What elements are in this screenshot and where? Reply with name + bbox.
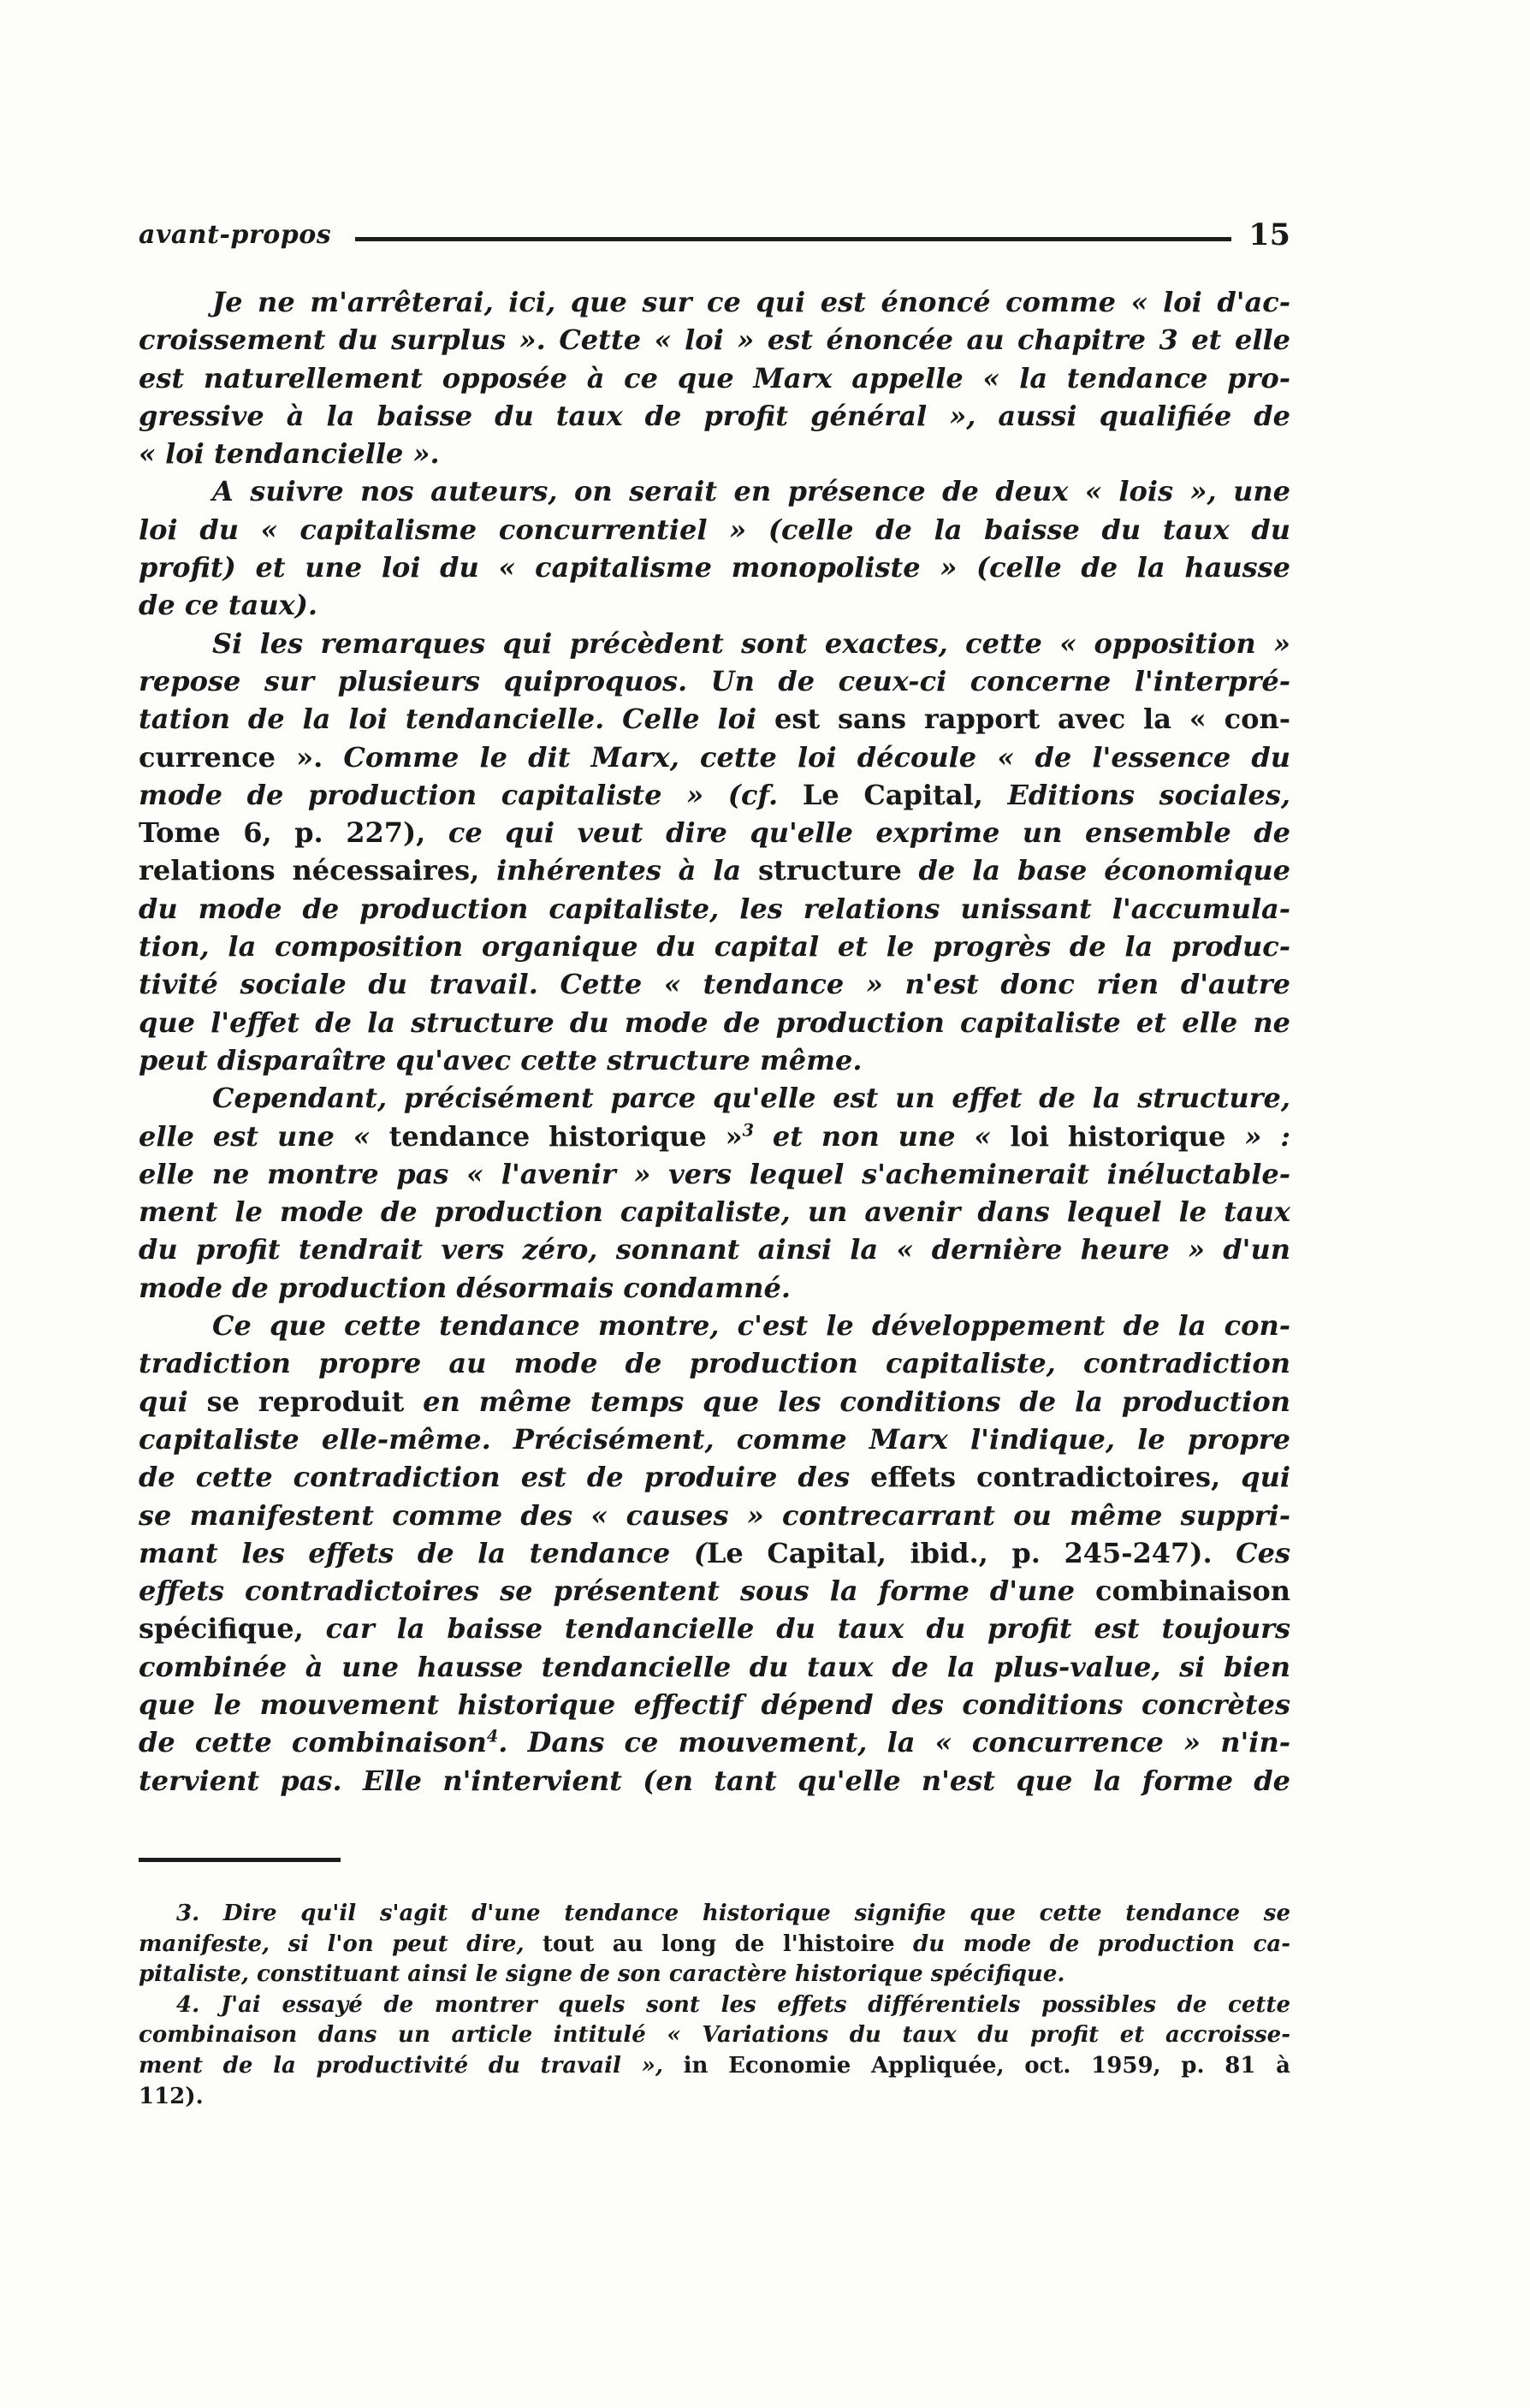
book-page: avant-propos 15 Je ne m'arrêterai, ici, … bbox=[0, 0, 1530, 2408]
text-segment: que l'effet de la structure du mode de p… bbox=[139, 1006, 1290, 1039]
header-rule bbox=[355, 237, 1231, 241]
text-segment: currence ». bbox=[139, 741, 343, 774]
text-line: loi du « capitalisme concurrentiel » (ce… bbox=[139, 511, 1290, 549]
text-segment: tation de la loi tendancielle. Celle loi bbox=[139, 703, 774, 735]
text-segment: combinée à une hausse tendancielle du ta… bbox=[139, 1651, 1290, 1683]
text-segment: tendance historique » bbox=[389, 1120, 743, 1153]
paragraph: A suivre nos auteurs, on serait en prése… bbox=[139, 472, 1290, 624]
text-segment: loi historique bbox=[1010, 1120, 1225, 1153]
text-segment: spécifique, bbox=[139, 1612, 326, 1645]
text-segment: Editions sociales, bbox=[1008, 779, 1291, 811]
text-line: mode de production capitaliste » (cf. Le… bbox=[139, 776, 1290, 814]
text-segment: tivité sociale du travail. Cette « tenda… bbox=[139, 968, 1290, 1000]
text-segment: Ce que cette tendance montre, c'est le d… bbox=[212, 1309, 1290, 1342]
text-line: effets contradictoires se présentent sou… bbox=[139, 1572, 1290, 1610]
text-line: A suivre nos auteurs, on serait en prése… bbox=[139, 472, 1290, 510]
text-segment: Si les remarques qui précèdent sont exac… bbox=[212, 627, 1290, 660]
text-segment: effets contradictoires se présentent sou… bbox=[139, 1575, 1095, 1607]
text-line: manifeste, si l'on peut dire, tout au lo… bbox=[139, 1930, 1290, 1960]
text-segment: que le mouvement historique effectif dép… bbox=[139, 1688, 1290, 1721]
text-segment: combinaison bbox=[1095, 1575, 1290, 1607]
text-line: croissement du surplus ». Cette « loi » … bbox=[139, 321, 1290, 359]
text-line: repose sur plusieurs quiproquos. Un de c… bbox=[139, 662, 1290, 700]
text-line: tion, la composition organique du capita… bbox=[139, 928, 1290, 965]
text-segment: repose sur plusieurs quiproquos. Un de c… bbox=[139, 665, 1290, 697]
text-segment: manifeste, si l'on peut dire, bbox=[139, 1931, 543, 1957]
text-segment: tradiction propre au mode de production … bbox=[139, 1347, 1290, 1379]
text-line: profit) et une loi du « capitalisme mono… bbox=[139, 549, 1290, 586]
text-line: de cette combinaison4. Dans ce mouvement… bbox=[139, 1723, 1290, 1761]
text-line: ment le mode de production capitaliste, … bbox=[139, 1193, 1290, 1231]
text-segment: est naturellement opposée à ce que Marx … bbox=[139, 362, 1290, 394]
text-line: tivité sociale du travail. Cette « tenda… bbox=[139, 965, 1290, 1003]
text-segment: . Dans ce mouvement, la « concurrence » … bbox=[498, 1726, 1290, 1759]
text-segment: qui bbox=[1241, 1461, 1290, 1493]
text-line: gressive à la baisse du taux de profit g… bbox=[139, 397, 1290, 435]
running-title: avant-propos bbox=[139, 220, 331, 250]
text-line: pitaliste, constituant ainsi le signe de… bbox=[139, 1960, 1290, 1990]
text-segment: combinaison dans un article intitulé « V… bbox=[139, 2022, 1290, 2048]
footnote-reference: 3 bbox=[743, 1120, 754, 1140]
text-line: ment de la productivité du travail », in… bbox=[139, 2051, 1290, 2082]
text-segment: Ces bbox=[1236, 1537, 1290, 1569]
text-segment: » : bbox=[1225, 1120, 1290, 1153]
text-segment: 4. J'ai essayé de montrer quels sont les… bbox=[176, 1992, 1290, 2018]
text-segment: Le Capital, ibid., p. 245-247). bbox=[707, 1537, 1236, 1569]
text-line: 4. J'ai essayé de montrer quels sont les… bbox=[139, 1990, 1290, 2021]
text-segment: elle est une « bbox=[139, 1120, 389, 1153]
text-line: se manifestent comme des « causes » cont… bbox=[139, 1497, 1290, 1534]
text-line: de ce taux). bbox=[139, 586, 1290, 624]
text-segment: Cependant, précisément parce qu'elle est… bbox=[212, 1082, 1290, 1114]
text-segment: de cette combinaison bbox=[139, 1726, 487, 1759]
text-segment: se reproduit bbox=[207, 1385, 423, 1418]
text-segment: A suivre nos auteurs, on serait en prése… bbox=[212, 475, 1290, 507]
text-line: currence ». Comme le dit Marx, cette loi… bbox=[139, 738, 1290, 776]
text-segment: en même temps que les conditions de la p… bbox=[423, 1385, 1290, 1418]
text-line: « loi tendancielle ». bbox=[139, 435, 1290, 472]
text-line: tation de la loi tendancielle. Celle loi… bbox=[139, 700, 1290, 738]
paragraph: Je ne m'arrêterai, ici, que sur ce qui e… bbox=[139, 283, 1290, 472]
text-segment: 3. Dire qu'il s'agit d'une tendance hist… bbox=[176, 1901, 1290, 1926]
text-line: spécifique, car la baisse tendancielle d… bbox=[139, 1610, 1290, 1647]
text-segment: tout au long de l'histoire bbox=[543, 1931, 913, 1957]
text-line: combinaison dans un article intitulé « V… bbox=[139, 2020, 1290, 2051]
text-line: que l'effet de la structure du mode de p… bbox=[139, 1004, 1290, 1041]
footnotes: 3. Dire qu'il s'agit d'une tendance hist… bbox=[139, 1899, 1290, 2112]
text-segment: de cette contradiction est de produire d… bbox=[139, 1461, 870, 1493]
text-line: qui se reproduit en même temps que les c… bbox=[139, 1383, 1290, 1420]
text-line: du profit tendrait vers zéro, sonnant ai… bbox=[139, 1231, 1290, 1268]
text-segment: Je ne m'arrêterai, ici, que sur ce qui e… bbox=[212, 286, 1290, 318]
text-segment: elle ne montre pas « l'avenir » vers leq… bbox=[139, 1158, 1290, 1190]
text-line: de cette contradiction est de produire d… bbox=[139, 1458, 1290, 1496]
text-line: elle est une « tendance historique »3 et… bbox=[139, 1118, 1290, 1155]
text-segment: structure bbox=[758, 854, 919, 887]
text-line: mant les effets de la tendance (Le Capit… bbox=[139, 1534, 1290, 1572]
text-segment: du mode de production ca- bbox=[913, 1931, 1290, 1957]
text-line: tervient pas. Elle n'intervient (en tant… bbox=[139, 1762, 1290, 1800]
text-segment: de ce taux). bbox=[139, 589, 317, 621]
text-line: relations nécessaires, inhérentes à la s… bbox=[139, 851, 1290, 889]
text-segment: se manifestent comme des « causes » cont… bbox=[139, 1499, 1290, 1532]
text-segment: du profit tendrait vers zéro, sonnant ai… bbox=[139, 1233, 1290, 1266]
text-line: 3. Dire qu'il s'agit d'une tendance hist… bbox=[139, 1899, 1290, 1930]
text-line: tradiction propre au mode de production … bbox=[139, 1344, 1290, 1382]
page-header: avant-propos 15 bbox=[139, 217, 1290, 252]
text-segment: loi du « capitalisme concurrentiel » (ce… bbox=[139, 513, 1290, 546]
footnote-separator bbox=[139, 1858, 341, 1862]
paragraph: Cependant, précisément parce qu'elle est… bbox=[139, 1079, 1290, 1307]
text-segment: profit) et une loi du « capitalisme mono… bbox=[139, 551, 1290, 584]
text-line: mode de production désormais condamné. bbox=[139, 1269, 1290, 1307]
text-segment: car la baisse tendancielle du taux du pr… bbox=[326, 1612, 1290, 1645]
text-segment: tion, la composition organique du capita… bbox=[139, 930, 1290, 963]
text-segment: inhérentes à la bbox=[496, 854, 758, 887]
text-segment: effets contradictoires, bbox=[870, 1461, 1241, 1493]
text-line: elle ne montre pas « l'avenir » vers leq… bbox=[139, 1155, 1290, 1193]
text-segment: in Economie Appliquée, oct. 1959, p. 81 … bbox=[684, 2053, 1290, 2079]
paragraph: Si les remarques qui précèdent sont exac… bbox=[139, 625, 1290, 1080]
text-segment: de la base économique bbox=[919, 854, 1290, 887]
text-segment: ment le mode de production capitaliste, … bbox=[139, 1195, 1290, 1228]
text-segment: et non une « bbox=[754, 1120, 1010, 1153]
text-line: Je ne m'arrêterai, ici, que sur ce qui e… bbox=[139, 283, 1290, 321]
text-segment: qui bbox=[139, 1385, 207, 1418]
text-line: combinée à une hausse tendancielle du ta… bbox=[139, 1648, 1290, 1686]
text-line: Cependant, précisément parce qu'elle est… bbox=[139, 1079, 1290, 1117]
text-line: Ce que cette tendance montre, c'est le d… bbox=[139, 1307, 1290, 1344]
text-segment: Comme le dit Marx, cette loi découle « d… bbox=[343, 741, 1290, 774]
text-line: Si les remarques qui précèdent sont exac… bbox=[139, 625, 1290, 662]
text-segment: mode de production capitaliste » (cf. bbox=[139, 779, 803, 811]
text-segment: gressive à la baisse du taux de profit g… bbox=[139, 400, 1290, 432]
text-segment: mode de production désormais condamné. bbox=[139, 1272, 791, 1304]
footnote: 3. Dire qu'il s'agit d'une tendance hist… bbox=[139, 1899, 1290, 1990]
text-line: du mode de production capitaliste, les r… bbox=[139, 890, 1290, 928]
text-segment: tervient pas. Elle n'intervient (en tant… bbox=[139, 1764, 1290, 1797]
page-number: 15 bbox=[1248, 217, 1290, 252]
text-segment: est sans rapport avec la « con- bbox=[774, 703, 1290, 735]
text-segment: relations nécessaires, bbox=[139, 854, 496, 887]
text-segment: Tome 6, p. 227), bbox=[139, 816, 448, 849]
text-segment: « loi tendancielle ». bbox=[139, 437, 440, 470]
text-segment: Le Capital, bbox=[803, 779, 1008, 811]
text-line: peut disparaître qu'avec cette structure… bbox=[139, 1041, 1290, 1079]
body-text: Je ne m'arrêterai, ici, que sur ce qui e… bbox=[139, 283, 1290, 1800]
text-segment: croissement du surplus ». Cette « loi » … bbox=[139, 323, 1290, 356]
text-line: capitaliste elle-même. Précisément, comm… bbox=[139, 1420, 1290, 1458]
text-segment: mant les effets de la tendance ( bbox=[139, 1537, 707, 1569]
text-line: 112). bbox=[139, 2082, 1290, 2113]
text-segment: ce qui veut dire qu'elle exprime un ense… bbox=[448, 816, 1290, 849]
paragraph: Ce que cette tendance montre, c'est le d… bbox=[139, 1307, 1290, 1800]
text-segment: peut disparaître qu'avec cette structure… bbox=[139, 1044, 863, 1076]
text-segment: capitaliste elle-même. Précisément, comm… bbox=[139, 1423, 1290, 1456]
footnote-reference: 4 bbox=[487, 1727, 498, 1747]
text-segment: ment de la productivité du travail », bbox=[139, 2053, 684, 2079]
text-segment: 112). bbox=[139, 2084, 204, 2109]
text-line: Tome 6, p. 227), ce qui veut dire qu'ell… bbox=[139, 814, 1290, 851]
text-line: que le mouvement historique effectif dép… bbox=[139, 1686, 1290, 1723]
text-segment: pitaliste, constituant ainsi le signe de… bbox=[139, 1961, 1064, 1987]
footnote: 4. J'ai essayé de montrer quels sont les… bbox=[139, 1990, 1290, 2112]
text-line: est naturellement opposée à ce que Marx … bbox=[139, 359, 1290, 397]
text-segment: du mode de production capitaliste, les r… bbox=[139, 893, 1290, 925]
